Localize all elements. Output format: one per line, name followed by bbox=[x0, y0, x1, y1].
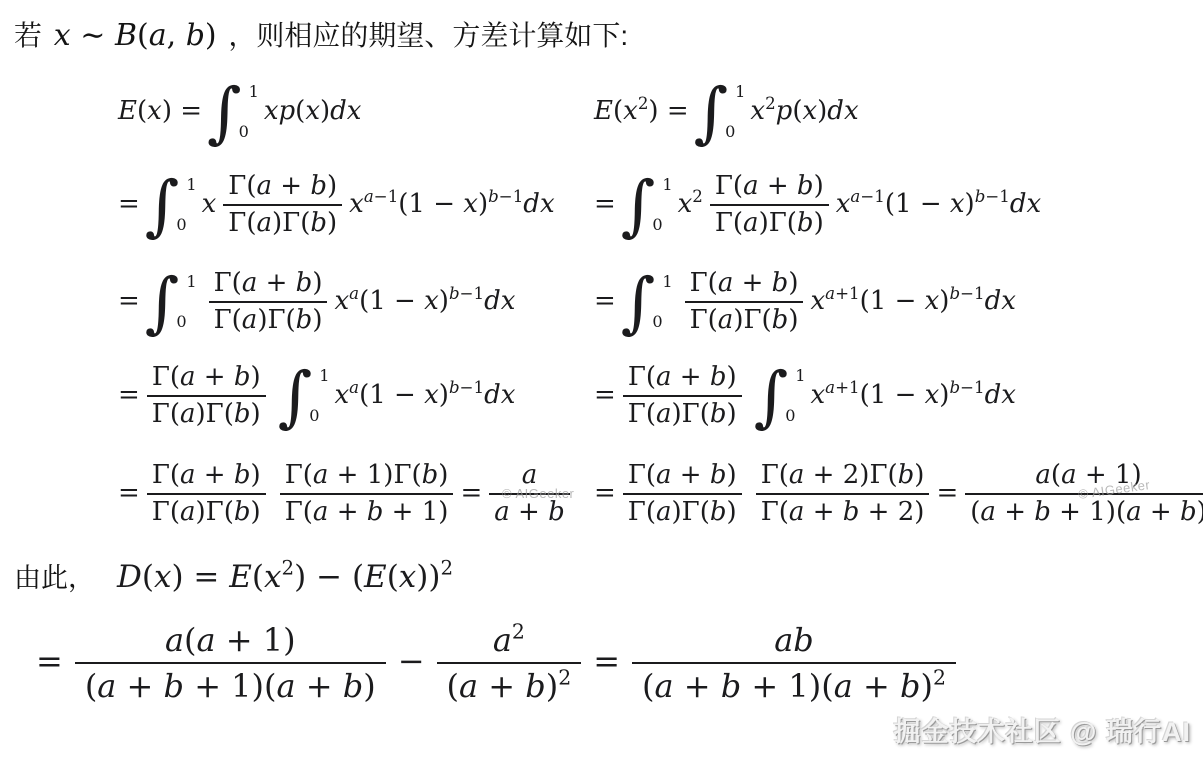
equation-line: E(x2) =∫10x2p(x)dx bbox=[594, 68, 1203, 156]
derivation-columns: E(x) =∫10xp(x)dx =∫10xΓ(a + b)Γ(a)Γ(b)xa… bbox=[118, 68, 1203, 546]
equation-line: =Γ(a + b)Γ(a)Γ(b)∫10xa+1(1 − x)b−1dx bbox=[594, 350, 1203, 442]
expectation-derivation-column: E(x) =∫10xp(x)dx =∫10xΓ(a + b)Γ(a)Γ(b)xa… bbox=[118, 68, 582, 546]
integral-sign: ∫10 bbox=[145, 273, 197, 331]
variance-final-equation: =a(a + 1)(a + b + 1)(a + b)−a2(a + b)2=a… bbox=[36, 604, 968, 722]
fraction: Γ(a + b)Γ(a)Γ(b) bbox=[623, 362, 742, 430]
integral-sign: ∫10 bbox=[278, 367, 330, 425]
equation-line: =∫10xΓ(a + b)Γ(a)Γ(b)xa−1(1 − x)b−1dx bbox=[118, 156, 582, 254]
equation-line: =∫10x2Γ(a + b)Γ(a)Γ(b)xa−1(1 − x)b−1dx bbox=[594, 156, 1203, 254]
page-title: 若 x ∼ B(a, b) ，则相应的期望、方差计算如下: bbox=[14, 14, 628, 54]
equation-line: =∫10Γ(a + b)Γ(a)Γ(b)xa(1 − x)b−1dx bbox=[118, 254, 582, 350]
fraction: Γ(a + b)Γ(a)Γ(b) bbox=[147, 460, 266, 528]
watermark-aigeeker-left: © AIGeeker bbox=[502, 486, 574, 501]
fraction: Γ(a + 2)Γ(b)Γ(a + b + 2) bbox=[756, 460, 930, 528]
equation-line: =∫10Γ(a + b)Γ(a)Γ(b)xa+1(1 − x)b−1dx bbox=[594, 254, 1203, 350]
fraction: ab(a + b + 1)(a + b)2 bbox=[632, 621, 956, 706]
equation-line: =Γ(a + b)Γ(a)Γ(b)∫10xa(1 − x)b−1dx bbox=[118, 350, 582, 442]
fraction: Γ(a + b)Γ(a)Γ(b) bbox=[623, 460, 742, 528]
fraction: a2(a + b)2 bbox=[437, 621, 582, 706]
variance-definition-formula: D(x) = E(x2) − (E(x))2 bbox=[117, 559, 453, 595]
watermark-footer: 掘金技术社区 @ 瑞行AI bbox=[894, 710, 1191, 749]
second-moment-derivation-column: E(x2) =∫10x2p(x)dx =∫10x2Γ(a + b)Γ(a)Γ(b… bbox=[582, 68, 1203, 546]
title-suffix: ，则相应的期望、方差计算如下: bbox=[221, 20, 629, 51]
variance-conclusion: 由此，D(x) = E(x2) − (E(x))2 bbox=[14, 556, 453, 595]
title-math-expression: x ∼ B(a, b) bbox=[50, 18, 221, 53]
integral-sign: ∫10 bbox=[207, 83, 259, 141]
conclusion-prefix: 由此， bbox=[14, 563, 95, 593]
integral-sign: ∫10 bbox=[621, 273, 673, 331]
fraction: Γ(a + b)Γ(a)Γ(b) bbox=[209, 268, 328, 336]
equation-line: E(x) =∫10xp(x)dx bbox=[118, 68, 582, 156]
fraction: Γ(a + 1)Γ(b)Γ(a + b + 1) bbox=[280, 460, 454, 528]
integral-sign: ∫10 bbox=[754, 367, 806, 425]
integral-sign: ∫10 bbox=[145, 176, 197, 234]
integral-sign: ∫10 bbox=[621, 176, 673, 234]
fraction: Γ(a + b)Γ(a)Γ(b) bbox=[710, 171, 829, 239]
integral-sign: ∫10 bbox=[694, 83, 746, 141]
fraction: Γ(a + b)Γ(a)Γ(b) bbox=[685, 268, 804, 336]
fraction: Γ(a + b)Γ(a)Γ(b) bbox=[147, 362, 266, 430]
fraction: a(a + 1)(a + b + 1)(a + b) bbox=[75, 621, 386, 706]
title-prefix: 若 bbox=[14, 20, 50, 51]
fraction: Γ(a + b)Γ(a)Γ(b) bbox=[223, 171, 342, 239]
